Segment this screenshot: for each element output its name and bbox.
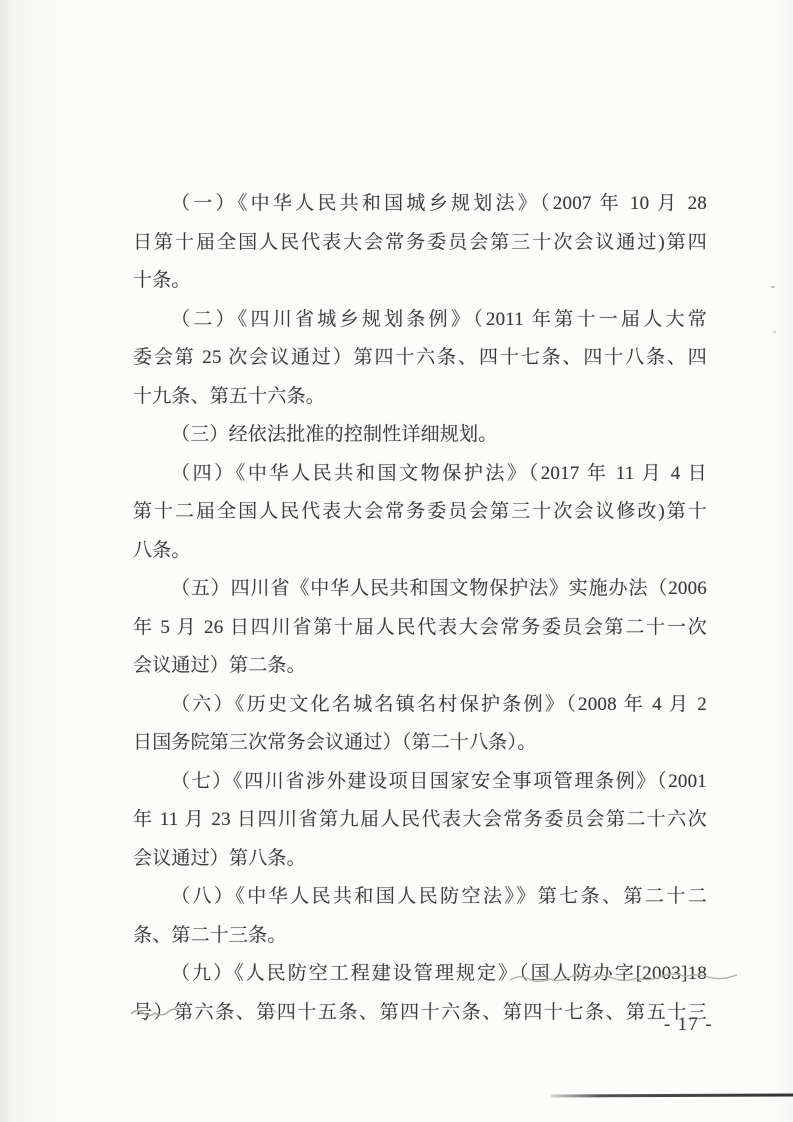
document-line: 条、第二十三条。 [133,917,707,956]
scan-artifact-line [551,1093,793,1097]
document-line: 年 11 月 23 日四川省第九届人民代表大会常务委员会第二十六次 [133,801,707,840]
document-line: （九）《人民防空工程建设管理规定》（国人防办字[2003]18 [133,955,707,994]
scan-edge-shading-right [775,0,793,1122]
document-line: 委会第 25 次会议通过）第四十六条、四十七条、四十八条、四 [133,339,707,378]
document-text-block: （一）《中华人民共和国城乡规划法》（2007 年 10 月 28 日第十届全国人… [133,185,707,1032]
document-line: 年 5 月 26 日四川省第十届人民代表大会常务委员会第二十一次 [133,609,707,648]
page-number: - 17 - [664,1015,713,1036]
document-line: 八条。 [133,532,707,571]
document-line: 十九条、第五十六条。 [133,378,707,417]
document-line: （一）《中华人民共和国城乡规划法》（2007 年 10 月 28 [133,185,707,224]
document-line: 日第十届全国人民代表大会常务委员会第三十次会议通过)第四 [133,224,707,263]
document-line: 会议通过）第二条。 [133,647,707,686]
document-line: （五）四川省《中华人民共和国文物保护法》实施办法（2006 [133,570,707,609]
document-line: 号）第六条、第四十五条、第四十六条、第四十七条、第五十三 [133,994,707,1033]
scanned-document-page: （一）《中华人民共和国城乡规划法》（2007 年 10 月 28 日第十届全国人… [0,0,793,1122]
document-line: 十条。 [133,262,707,301]
document-line: （二）《四川省城乡规划条例》（2011 年第十一届人大常 [133,301,707,340]
document-line: （四）《中华人民共和国文物保护法》（2017 年 11 月 4 日 [133,455,707,494]
document-line: （八）《中华人民共和国人民防空法》》第七条、第二十二 [133,878,707,917]
document-line: （三）经依法批准的控制性详细规划。 [133,416,707,455]
scan-speck [773,331,776,333]
document-line: （七）《四川省涉外建设项目国家安全事项管理条例》（2001 [133,763,707,802]
scan-edge-shading-left [0,0,70,1122]
scan-speck [771,286,775,288]
document-line: 日国务院第三次常务会议通过）（第二十八条）。 [133,724,707,763]
document-line: 第十二届全国人民代表大会常务委员会第三十次会议修改)第十 [133,493,707,532]
document-line: （六）《历史文化名城名镇名村保护条例》（2008 年 4 月 2 [133,686,707,725]
document-line: 会议通过）第八条。 [133,840,707,879]
